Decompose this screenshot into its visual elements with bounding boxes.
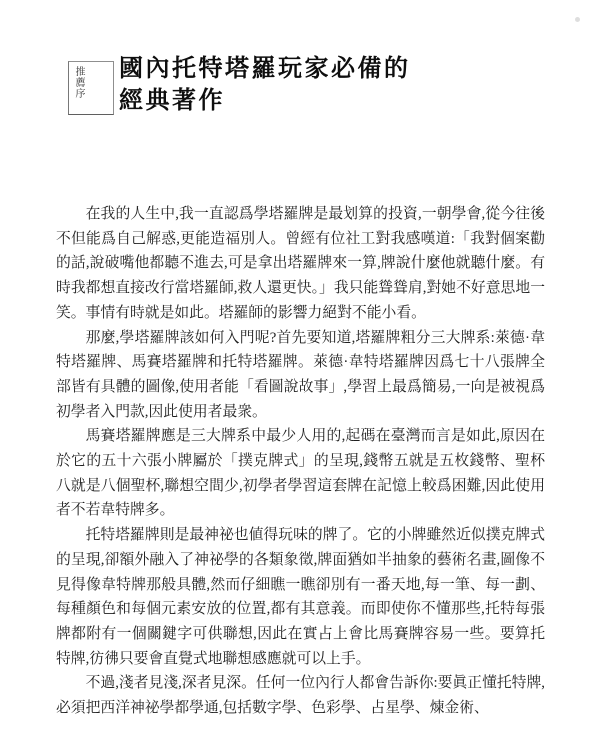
paragraph-3: 馬賽塔羅牌應是三大牌系中最少人用的,起碼在臺灣而言是如此,原因在於它的五十六張小… xyxy=(56,424,545,523)
paragraph-1: 在我的人生中,我一直認爲學塔羅牌是最划算的投資,一朝學會,從今往後不但能爲自己解… xyxy=(56,202,545,326)
page-title: 國內托特塔羅玩家必備的 經典著作 xyxy=(119,54,411,117)
scan-speck xyxy=(575,17,580,22)
book-page: 推薦序 國內托特塔羅玩家必備的 經典著作 在我的人生中,我一直認爲學塔羅牌是最划… xyxy=(0,0,597,754)
section-label: 推薦序 xyxy=(72,66,84,99)
title-line-2: 經典著作 xyxy=(119,86,411,118)
paragraph-2: 那麼,學塔羅牌該如何入門呢?首先要知道,塔羅牌粗分三大牌系:萊德·韋特塔羅牌、馬… xyxy=(56,326,545,425)
title-line-1: 國內托特塔羅玩家必備的 xyxy=(119,54,411,86)
section-label-box: 推薦序 xyxy=(68,61,114,115)
paragraph-5: 不過,淺者見淺,深者見深。任何一位內行人都會告訴你:要眞正懂托特牌,必須把西洋神… xyxy=(56,671,545,720)
paragraph-4: 托特塔羅牌則是最神祕也値得玩味的牌了。它的小牌雖然近似撲克牌式的呈現,卻額外融入… xyxy=(56,523,545,671)
body-text: 在我的人生中,我一直認爲學塔羅牌是最划算的投資,一朝學會,從今往後不但能爲自己解… xyxy=(56,202,545,721)
